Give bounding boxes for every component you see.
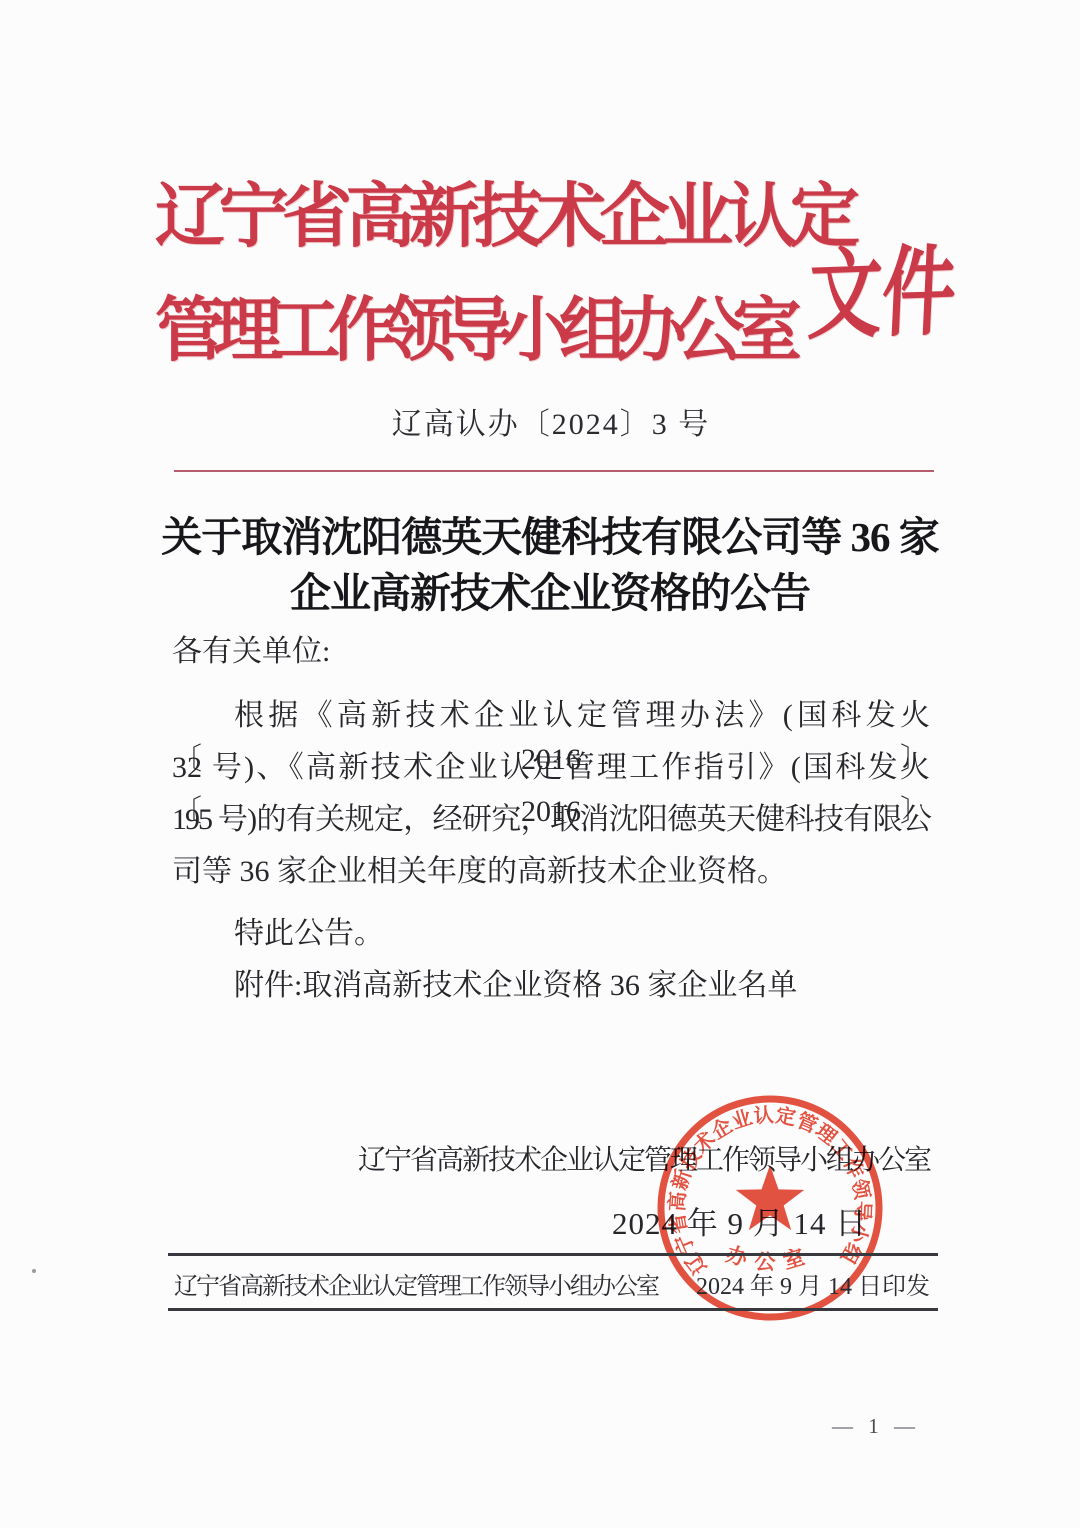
scan-artifact-dot [32,1269,36,1273]
body-paragraph-line: 司等 36 家企业相关年度的高新技术企业资格。 [172,846,930,890]
letterhead-org-line-2: 管理工作领导小组办公室 [155,274,790,375]
salutation: 各有关单位: [172,626,930,670]
attachment-note: 附件:取消高新技术企业资格 36 家企业名单 [172,960,992,1004]
document-title-line-2: 企业高新技术企业资格的公告 [140,560,960,619]
footer-bottom-rule [168,1308,938,1311]
footer-top-rule [168,1253,938,1256]
page-number: — 1 — [832,1414,920,1439]
signature-office-name: 辽宁省高新技术企业认定管理工作领导小组办公室 [172,1138,930,1178]
document-number: 辽高认办〔2024〕3 号 [172,399,930,443]
letterhead-org-line-1: 辽宁省高新技术企业认定 [155,160,854,261]
red-separator-rule [174,470,934,472]
signature-date: 2024 年 9 月 14 日 [612,1198,867,1243]
document-title-line-1: 关于取消沈阳德英天健科技有限公司等 36 家 [140,504,960,563]
body-paragraph-line: 195 号)的有关规定，经研究，取消沈阳德英天健科技有限公 [172,794,930,838]
closing-statement: 特此公告。 [172,908,992,952]
official-document-page: 辽宁省高新技术企业认定 管理工作领导小组办公室 文件 辽高认办〔2024〕3 号… [0,0,1080,1528]
footer-print-date: 2024 年 9 月 14 日印发 [660,1266,930,1301]
letterhead-document-mark: 文件 [806,213,960,359]
footer-issuing-office: 辽宁省高新技术企业认定管理工作领导小组办公室 [174,1266,658,1301]
